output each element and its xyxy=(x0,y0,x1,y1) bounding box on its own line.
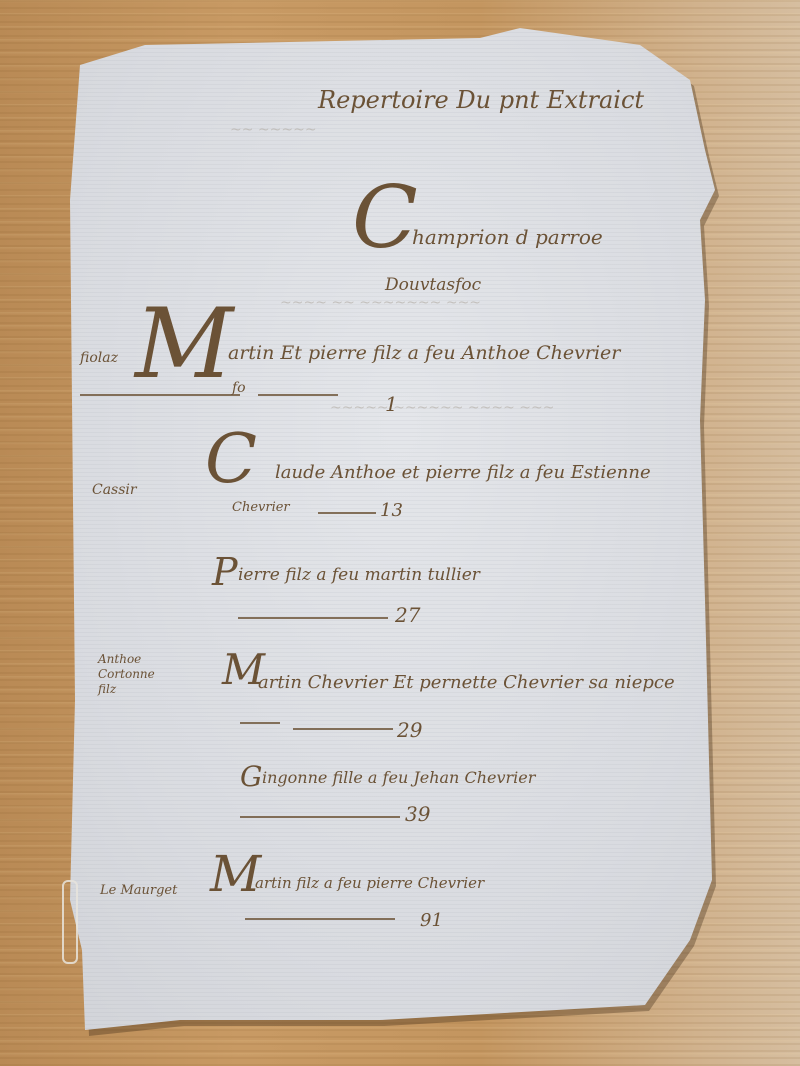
margin-note: Le Maurget xyxy=(100,883,177,898)
rule-line xyxy=(240,722,280,724)
entry-text: artin filz a feu pierre Chevrier xyxy=(255,874,484,892)
folio-number: 13 xyxy=(380,500,403,521)
entry-text: artin Chevrier Et pernette Chevrier sa n… xyxy=(258,672,675,693)
folio-number: 27 xyxy=(395,603,420,627)
subheading: Douvtasfoc xyxy=(385,275,481,295)
folio-number: 29 xyxy=(397,718,422,742)
folio-number: 91 xyxy=(420,910,443,931)
bleed-through-text: ~~ ~~~~~ xyxy=(230,122,317,138)
entry-initial: C xyxy=(205,420,257,499)
entry-initial: P xyxy=(212,550,238,594)
bleed-through-text: ~~~~ ~~ ~~~~~~~ ~~~ xyxy=(280,295,481,311)
entry-text: artin Et pierre filz a feu Anthoe Chevri… xyxy=(228,342,620,364)
heading-initial: C xyxy=(352,168,418,268)
rule-line xyxy=(293,728,393,730)
document-title: Repertoire Du pnt Extraict xyxy=(318,86,644,114)
rule-line xyxy=(318,512,376,514)
rule-line xyxy=(258,394,338,396)
entry-initial: M xyxy=(210,845,261,903)
bleed-through-text: ~~~~~ ~~~~~~ ~~~~ ~~~ xyxy=(330,400,555,416)
entry-text-continued: Chevrier xyxy=(232,500,290,515)
rule-line xyxy=(238,617,388,619)
manuscript-page xyxy=(0,0,800,1066)
entry-text: ingonne fille a feu Jehan Chevrier xyxy=(262,768,535,787)
entry-initial: G xyxy=(240,760,262,793)
folio-number: 1 xyxy=(385,392,398,416)
folio-number: 39 xyxy=(405,802,430,826)
rule-line xyxy=(80,394,240,396)
binding-string xyxy=(62,880,78,964)
rule-line xyxy=(240,816,400,818)
entry-text: ierre filz a feu martin tullier xyxy=(238,565,480,585)
rule-line xyxy=(245,918,395,920)
heading: hamprion d parroe xyxy=(412,225,603,249)
entry-initial: M xyxy=(135,288,233,400)
entry-text: laude Anthoe et pierre filz a feu Estien… xyxy=(275,462,651,483)
margin-note: fiolaz xyxy=(80,350,118,366)
margin-note: Cassir xyxy=(92,482,137,498)
folio-label: fo xyxy=(232,380,246,396)
margin-note: Anthoe Cortonne filz xyxy=(98,652,168,697)
